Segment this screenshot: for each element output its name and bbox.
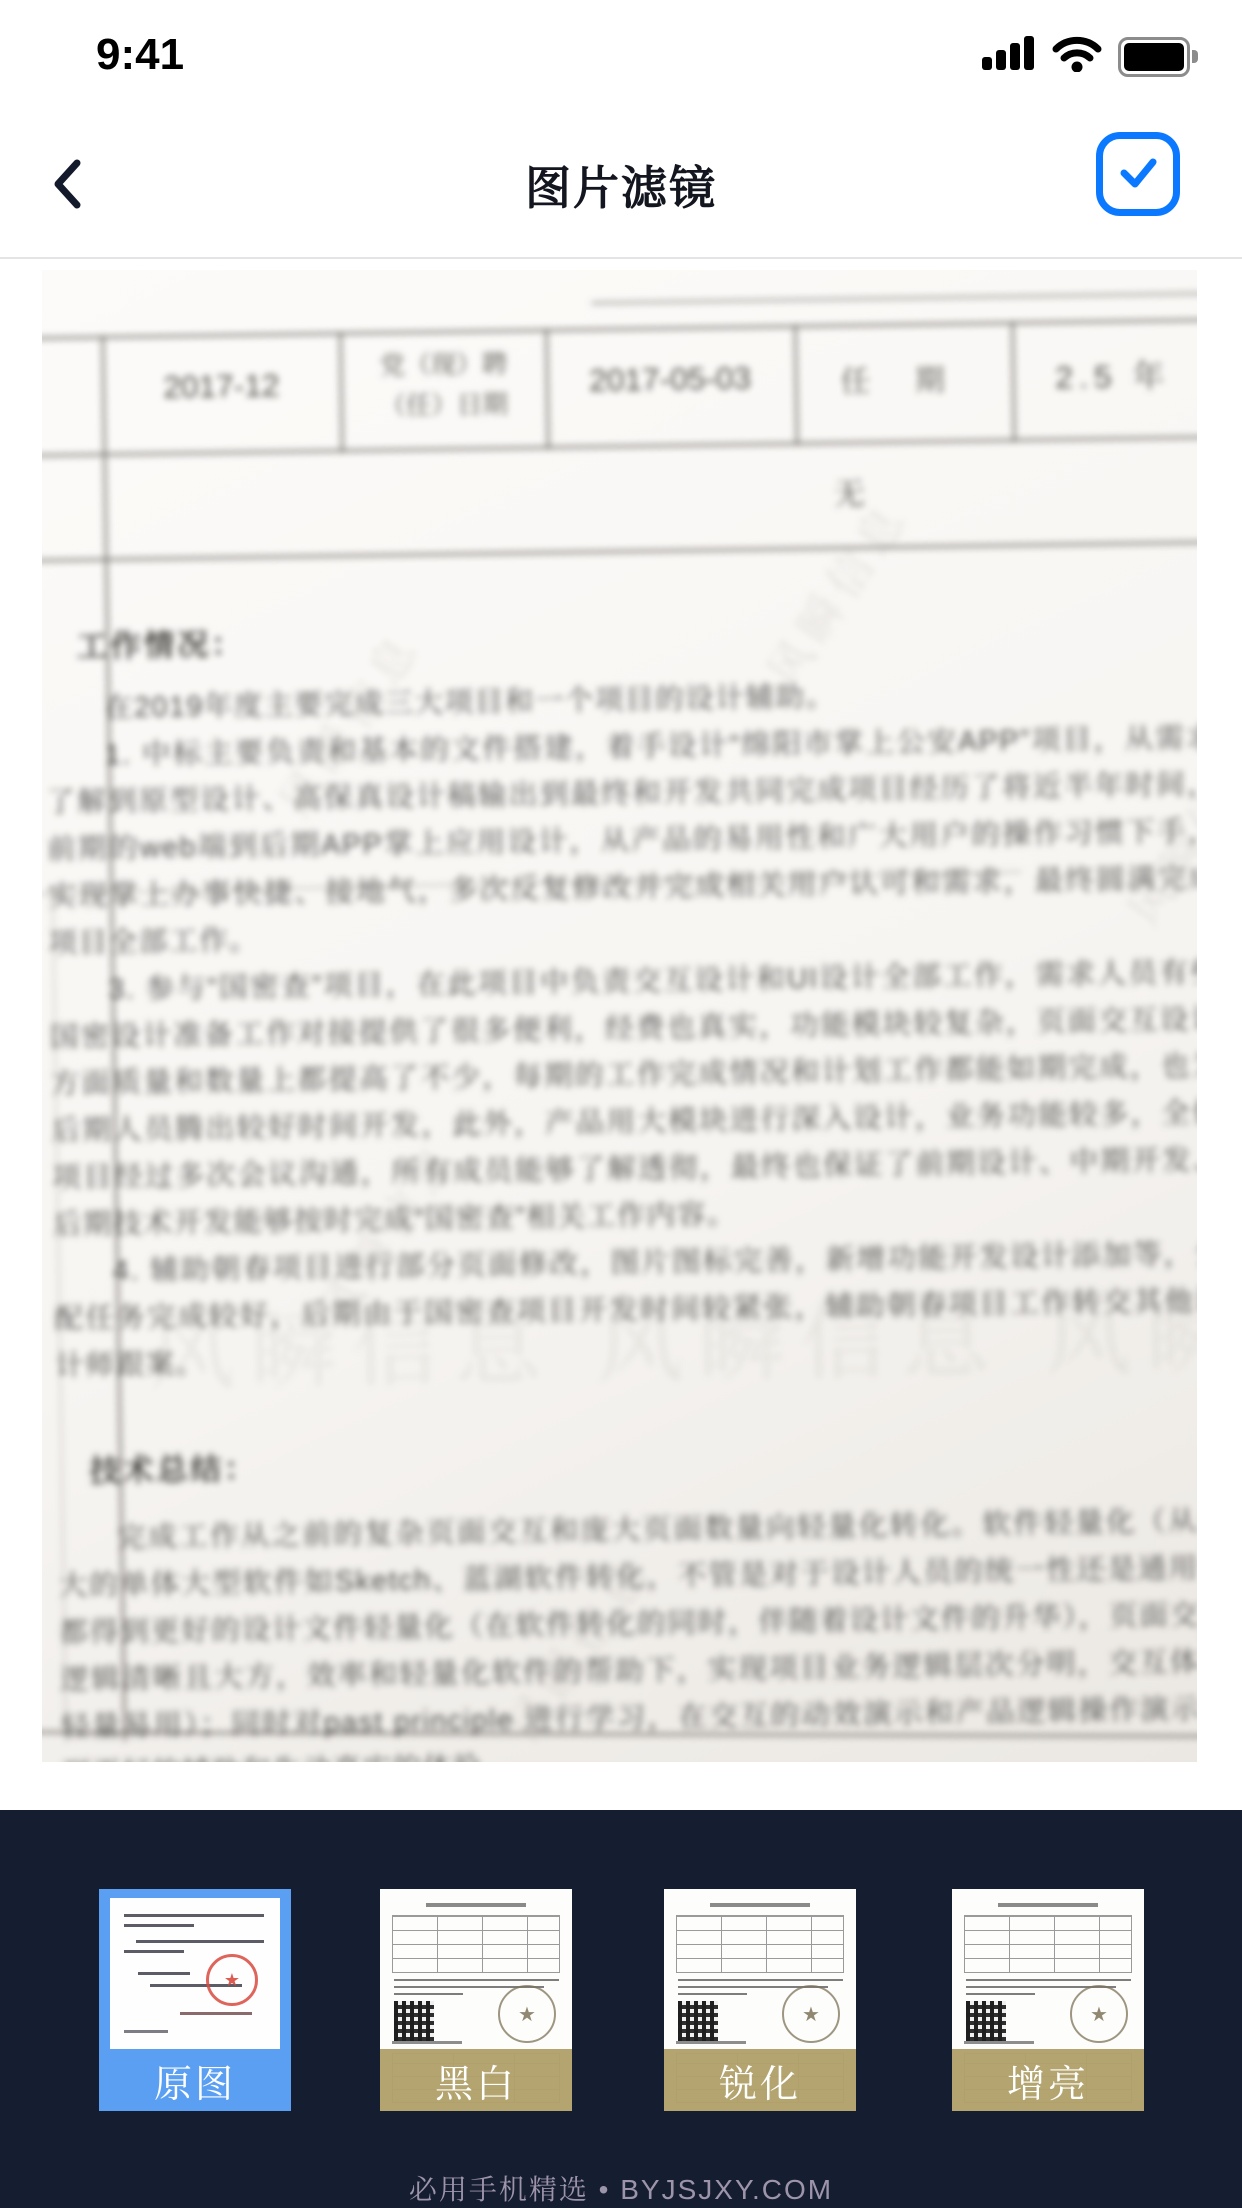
doc-note-line xyxy=(392,2041,462,2044)
doc-line xyxy=(678,1979,843,1981)
document-photo-preview[interactable]: 职间 情况 2017-12 党（现）聘（任）日期 2017-05-03 任期 2… xyxy=(42,270,1197,1762)
wifi-icon xyxy=(1052,36,1102,77)
qr-code-icon xyxy=(966,2001,1006,2041)
table-border-line xyxy=(42,317,1197,340)
doc-paragraph: 完成工作从之前的复杂页面交互和庞大页面数量向轻量化转化。软件轻量化（从最大的单体… xyxy=(58,1497,1197,1762)
battery-fill xyxy=(1124,43,1184,71)
doc-line xyxy=(966,1979,1131,1981)
table-border-line xyxy=(42,435,1197,458)
table-border-line xyxy=(42,540,1197,563)
table-border-line xyxy=(339,332,344,452)
filter-thumb-brighten[interactable]: ★ 增亮 xyxy=(952,1889,1144,2111)
filter-label-blackwhite: 黑白 xyxy=(380,2049,572,2111)
filter-label-original: 原图 xyxy=(99,2049,291,2111)
cellular-signal-icon xyxy=(982,36,1036,77)
table-row-label: 情况 xyxy=(42,469,45,563)
doc-line xyxy=(124,1914,264,1917)
doc-heading-work: 工作情况： xyxy=(76,604,1197,667)
table-cell-term-value: 2.5 年 xyxy=(1026,349,1197,398)
table-cell-period: 2017-12 xyxy=(119,367,324,407)
filter-label-brighten: 增亮 xyxy=(952,2049,1144,2111)
table-cell-hire-date: 2017-05-03 xyxy=(562,360,779,400)
doc-note-line xyxy=(676,2041,746,2044)
header-divider xyxy=(0,257,1242,259)
table-border-line xyxy=(545,329,550,449)
doc-line xyxy=(966,1993,1035,1995)
table-cell-hire-label: 党（现）聘（任）日期 xyxy=(357,343,530,427)
red-stamp-icon: ★ xyxy=(206,1954,258,2006)
doc-date-line xyxy=(180,2012,252,2015)
confirm-button[interactable] xyxy=(1096,132,1180,216)
doc-line xyxy=(124,1950,184,1953)
qr-code-icon xyxy=(394,2001,434,2041)
filter-thumb-original[interactable]: ★ 原图 xyxy=(99,1889,291,2111)
doc-title-line xyxy=(710,1903,810,1907)
doc-line xyxy=(138,1972,190,1975)
filter-thumb-blackwhite[interactable]: ★ 黑白 xyxy=(380,1889,572,2111)
table-cell-term-label: 任期 xyxy=(809,356,999,401)
filter-label-sharpen: 锐化 xyxy=(664,2049,856,2111)
qr-code-icon xyxy=(678,2001,718,2041)
doc-line xyxy=(394,1979,559,1981)
screen: 9:41 图片滤镜 xyxy=(0,0,1242,2208)
filter-bar: ★ 原图 ★ 黑白 ★ xyxy=(0,1810,1242,2208)
doc-note-line xyxy=(124,2030,168,2033)
document-body-text: 工作情况： 在2019年度主要完成三大项目和一个项目的设计辅助。 1. 中标主要… xyxy=(43,604,1197,1762)
status-bar: 9:41 xyxy=(0,0,1242,110)
doc-table-grid xyxy=(392,1915,560,1973)
round-stamp-icon: ★ xyxy=(498,1985,556,2043)
doc-paragraph: 1. 中标主要负责和基本的文件搭建，着手设计“绵阳市掌上公安APP”项目，从需求… xyxy=(45,714,1197,967)
doc-heading-tech: 技术总结： xyxy=(89,1428,1197,1491)
battery-tip xyxy=(1192,50,1198,63)
table-border-line xyxy=(591,291,1197,305)
table-border-line xyxy=(1011,321,1016,441)
footer-credit: 必用手机精选 • BYJSJXY.COM xyxy=(0,2168,1242,2208)
page-title: 图片滤镜 xyxy=(0,152,1242,218)
doc-table-grid xyxy=(964,1915,1132,1973)
doc-line xyxy=(678,1993,747,1995)
doc-paragraph: 4. 辅助朝春项目进行部分页面修改，图片图标完善，新增功能开发设计添加等，分配任… xyxy=(53,1230,1197,1389)
round-stamp-icon: ★ xyxy=(782,1985,840,2043)
doc-note-line xyxy=(964,2041,1034,2044)
header: 图片滤镜 xyxy=(0,110,1242,258)
status-time: 9:41 xyxy=(96,30,184,80)
filter-thumb-sharpen[interactable]: ★ 锐化 xyxy=(664,1889,856,2111)
doc-title-line xyxy=(998,1903,1098,1907)
document-content: 职间 情况 2017-12 党（现）聘（任）日期 2017-05-03 任期 2… xyxy=(42,270,1197,1762)
status-icons xyxy=(982,36,1190,77)
round-stamp-icon: ★ xyxy=(1070,1985,1128,2043)
battery-icon xyxy=(1118,37,1190,77)
doc-table-grid xyxy=(676,1915,844,1973)
filter-thumb-preview: ★ xyxy=(110,1898,280,2049)
doc-paragraph: 3. 参与“国密查”项目，在此项目中负责交互设计和UI设计全部工作，需求人员有些… xyxy=(49,949,1197,1249)
table-row-label: 职间 xyxy=(42,355,43,462)
doc-line xyxy=(136,1940,264,1943)
doc-line xyxy=(394,1993,463,1995)
doc-title-line xyxy=(426,1903,526,1907)
checkmark-icon xyxy=(1112,146,1164,203)
doc-line xyxy=(124,1924,194,1927)
table-border-line xyxy=(794,325,799,445)
